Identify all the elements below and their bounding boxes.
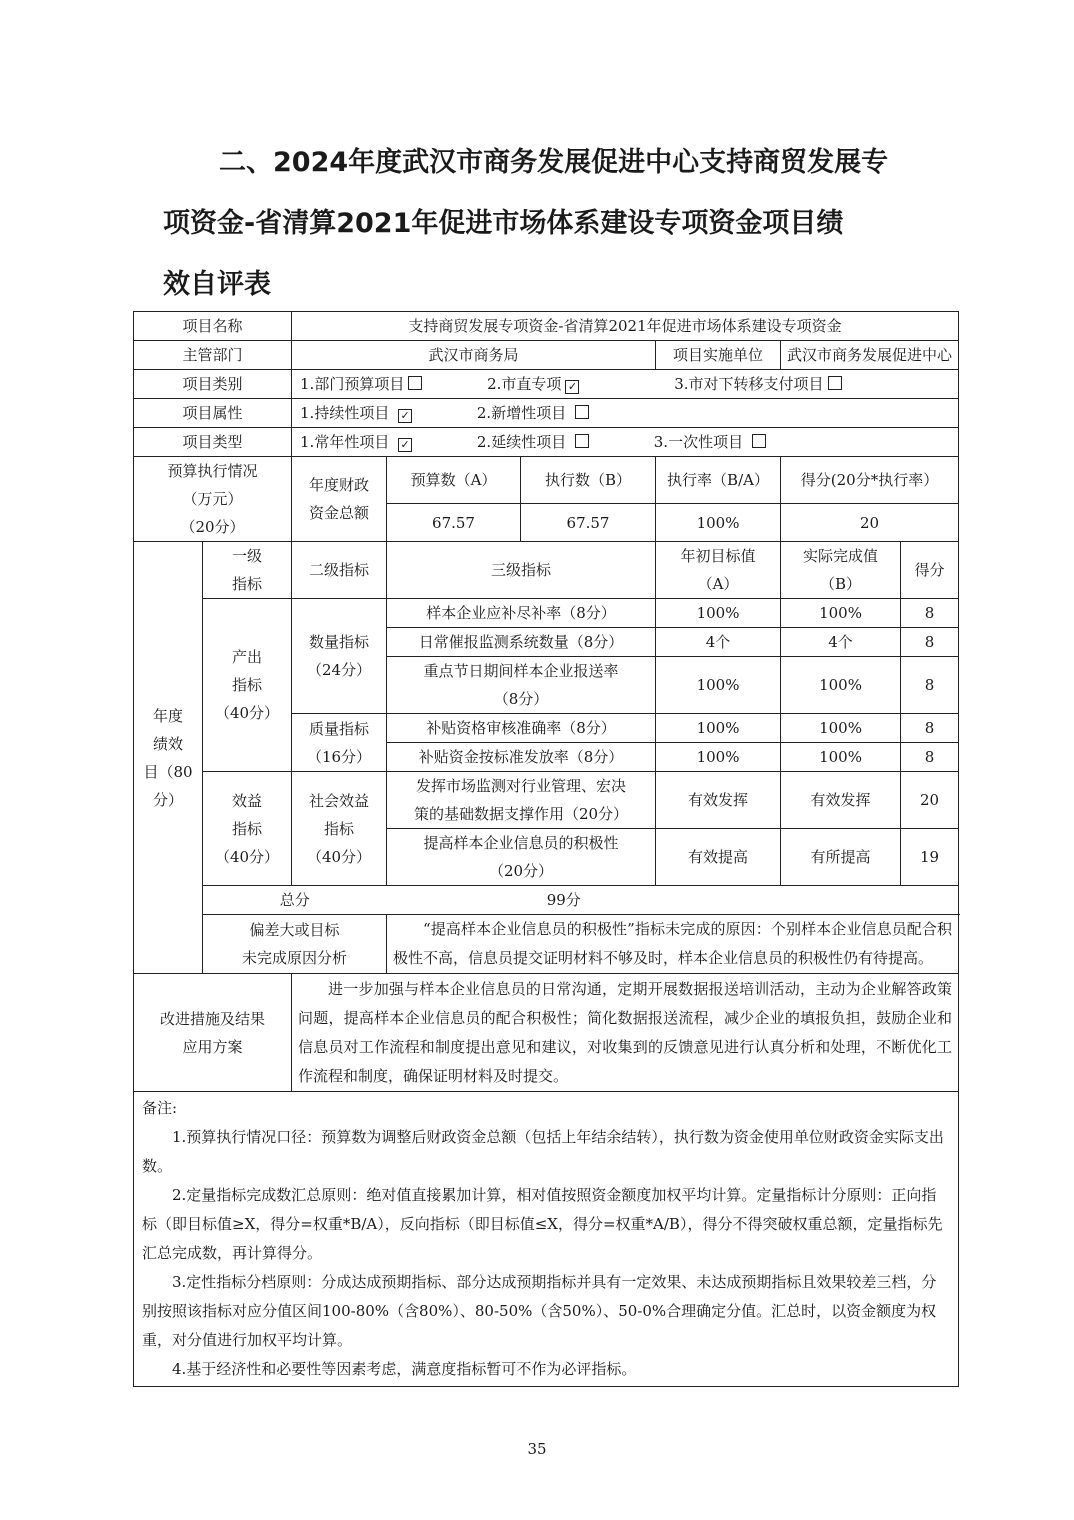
budget-header-b: 执行数（B） [521,457,656,504]
table-row: 效益 指标 （40分） 社会效益 指标 （40分） 发挥市场监测对行业管理、宏决… [134,772,959,829]
project-name-value: 支持商贸发展专项资金-省清算2021年促进市场体系建设专项资金 [292,312,959,341]
note-item: 1.预算执行情况口径：预算数为调整后财政资金总额（包括上年结余结转），执行数为资… [142,1123,950,1181]
notes-heading: 备注: [142,1094,950,1123]
budget-value-b: 67.57 [521,504,656,542]
row-type: 项目类型 1.常年性项目 ✓ 2.延续性项目 3.一次性项目 [134,428,959,457]
document-title: 二、2024年度武汉市商务发展促进中心支持商贸发展专 项资金-省清算2021年促… [163,132,953,315]
note-item: 3.定性指标分档原则：分成达成预期指标、部分达成预期指标并具有一定效果、未达成预… [142,1268,950,1355]
checkbox-icon[interactable] [828,376,842,390]
improvement-text: 进一步加强与样本企业信息员的日常沟通，定期开展数据报送培训活动，主动为企业解答政… [292,974,959,1092]
title-line-3: 效自评表 [163,254,953,315]
deviation-text: “提高样本企业信息员的积极性”指标未完成的原因：个别样本企业信息员配合积极性不高… [387,915,959,974]
fund-total-label: 年度财政 资金总额 [292,457,387,542]
header-score: 得分 [901,542,959,599]
attribute-options: 1.持续性项目 ✓ 2.新增性项目 [292,399,959,428]
header-actual: 实际完成值（B） [781,542,901,599]
impl-label: 项目实施单位 [656,341,781,370]
category-option-2: 2.市直专项✓ [487,370,579,398]
checkbox-icon[interactable] [575,405,589,419]
row-department: 主管部门 武汉市商务局 项目实施单位 武汉市商务发展促进中心 [134,341,959,370]
category-option-3: 3.市对下转移支付项目 [674,370,841,398]
project-name-label: 项目名称 [134,312,292,341]
budget-header-score: 得分(20分*执行率） [781,457,959,504]
row-budget-header: 预算执行情况 （万元） （20分） 年度财政 资金总额 预算数（A） 执行数（B… [134,457,959,504]
checkbox-checked-icon[interactable]: ✓ [398,438,412,452]
budget-value-score: 20 [781,504,959,542]
row-improvement: 改进措施及结果 应用方案 进一步加强与样本企业信息员的日常沟通，定期开展数据报送… [134,974,959,1092]
table-row: 产出 指标 （40分） 数量指标 （24分） 样本企业应补尽补率（8分） 100… [134,599,959,628]
header-level2: 二级指标 [292,542,387,599]
note-item: 4.基于经济性和必要性等因素考虑，满意度指标暂可不作为必评指标。 [142,1355,950,1384]
total-label: 总分 [203,886,387,915]
budget-header-rate: 执行率（B/A） [656,457,781,504]
title-line-2: 项资金-省清算2021年促进市场体系建设专项资金项目绩 [163,193,953,254]
total-value: 99分 [387,886,959,915]
category-option-1: 1.部门预算项目 [300,370,422,398]
type-option-3: 3.一次性项目 [654,428,766,456]
budget-label: 预算执行情况 （万元） （20分） [134,457,292,542]
header-level1: 一级指标 [203,542,292,599]
note-item: 2.定量指标完成数汇总原则：绝对值直接累加计算，相对值按照资金额度加权平均计算。… [142,1181,950,1268]
checkbox-checked-icon[interactable]: ✓ [398,409,412,423]
attribute-label: 项目属性 [134,399,292,428]
social-benefit-label: 社会效益 指标 （40分） [292,772,387,886]
evaluation-table: 项目名称 支持商贸发展专项资金-省清算2021年促进市场体系建设专项资金 主管部… [133,311,959,1387]
row-total: 总分 99分 [134,886,959,915]
quality-indicator-label: 质量指标 （16分） [292,714,387,772]
quantity-indicator-label: 数量指标 （24分） [292,599,387,714]
page-number: 35 [0,1440,1074,1458]
type-option-2: 2.延续性项目 [477,428,589,456]
annual-performance-label: 年度 绩效 目（80 分） [134,542,203,974]
benefit-indicator-label: 效益 指标 （40分） [203,772,292,886]
notes: 备注: 1.预算执行情况口径：预算数为调整后财政资金总额（包括上年结余结转），执… [134,1092,959,1387]
improvement-label: 改进措施及结果 应用方案 [134,974,292,1092]
budget-value-a: 67.57 [387,504,521,542]
checkbox-icon[interactable] [408,376,422,390]
budget-value-rate: 100% [656,504,781,542]
output-indicator-label: 产出 指标 （40分） [203,599,292,772]
dept-value: 武汉市商务局 [292,341,656,370]
attribute-option-2: 2.新增性项目 [477,399,589,427]
category-label: 项目类别 [134,370,292,399]
checkbox-icon[interactable] [752,434,766,448]
category-options: 1.部门预算项目 2.市直专项✓ 3.市对下转移支付项目 [292,370,959,399]
checkbox-icon[interactable] [575,434,589,448]
type-label: 项目类型 [134,428,292,457]
dept-label: 主管部门 [134,341,292,370]
title-line-1: 二、2024年度武汉市商务发展促进中心支持商贸发展专 [163,132,953,193]
attribute-option-1: 1.持续性项目 ✓ [300,399,412,427]
type-option-1: 1.常年性项目 ✓ [300,428,412,456]
deviation-label: 偏差大或目标 未完成原因分析 [203,915,387,974]
row-attribute: 项目属性 1.持续性项目 ✓ 2.新增性项目 [134,399,959,428]
type-options: 1.常年性项目 ✓ 2.延续性项目 3.一次性项目 [292,428,959,457]
checkbox-checked-icon[interactable]: ✓ [565,380,579,394]
header-target: 年初目标值（A） [656,542,781,599]
header-level3: 三级指标 [387,542,656,599]
impl-value: 武汉市商务发展促进中心 [781,341,959,370]
row-notes: 备注: 1.预算执行情况口径：预算数为调整后财政资金总额（包括上年结余结转），执… [134,1092,959,1387]
row-deviation: 偏差大或目标 未完成原因分析 “提高样本企业信息员的积极性”指标未完成的原因：个… [134,915,959,974]
row-performance-header: 年度 绩效 目（80 分） 一级指标 二级指标 三级指标 年初目标值（A） 实际… [134,542,959,599]
row-project-name: 项目名称 支持商贸发展专项资金-省清算2021年促进市场体系建设专项资金 [134,312,959,341]
row-category: 项目类别 1.部门预算项目 2.市直专项✓ 3.市对下转移支付项目 [134,370,959,399]
budget-header-a: 预算数（A） [387,457,521,504]
